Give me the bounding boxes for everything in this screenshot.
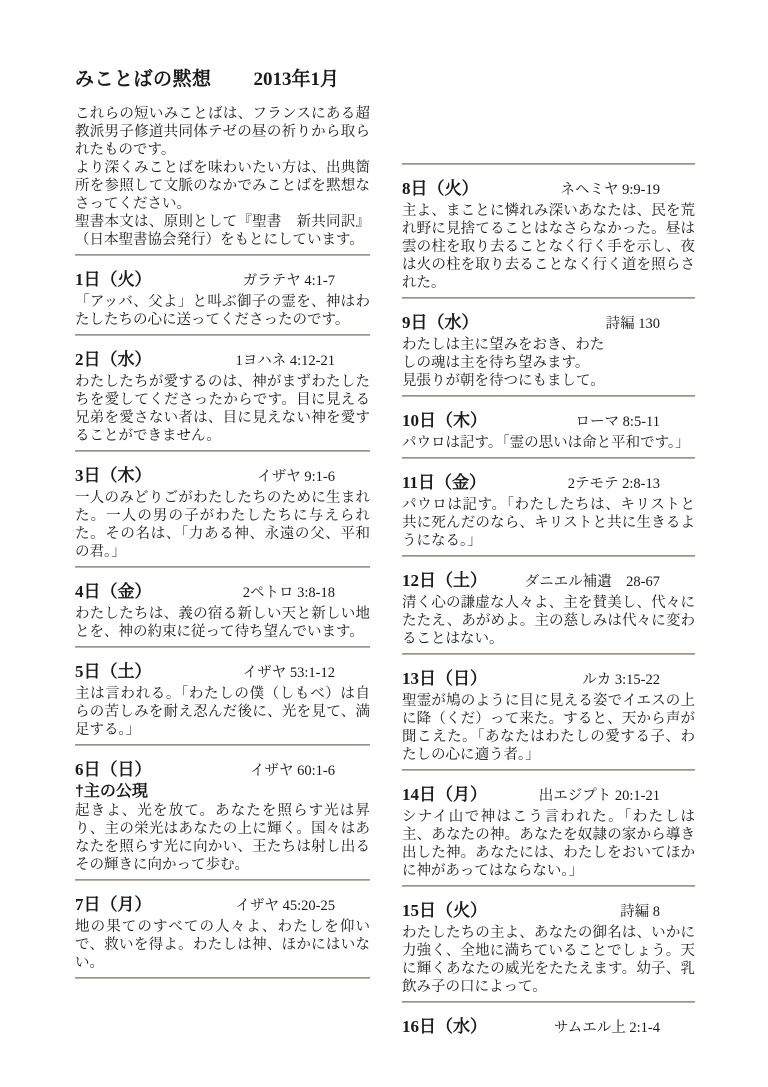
entry-divider-rule [75,646,370,648]
entry-reference: ローマ 8:5-11 [487,412,695,433]
entry-header: 7日（月） イザヤ 45:20-25 [75,894,370,917]
entry-day: 13日（日） [402,668,487,689]
entry-reference: ガラテヤ 4:1-7 [152,271,371,292]
entry-body: わたしたちが愛するのは、神がまずわたしたちを愛してくださったからです。目に見える… [75,373,370,445]
meditation-entry: 14日（月） 出エジプト 20:1-21 シナイ山で神はこう言われた。「わたしは… [402,784,695,887]
entry-reference: 出エジプト 20:1-21 [487,786,695,807]
entry-divider-rule [402,1001,695,1003]
title-date: 2013年1月 [254,69,340,90]
entry-day: 7日（月） [75,894,152,915]
entry-reference: イザヤ 9:1-6 [152,467,371,488]
entry-divider-rule [402,555,695,557]
document-page: みことばの黙想2013年1月 これらの短いみことばは、フランスにある超教派男子修… [0,0,768,1087]
entry-header: 13日（日） ルカ 3:15-22 [402,668,695,691]
entry-body: 「アッバ、父よ」と叫ぶ御子の霊を、神はわたしたちの心に送ってくださったのです。 [75,293,370,329]
entry-body: わたしたちは、義の宿る新しい天と新しい地とを、神の約束に従って待ち望んでいます。 [75,605,370,641]
entry-header: 12日（土） ダニエル補遺 28-67 [402,570,695,593]
entry-reference: 詩編 8 [487,902,695,923]
meditation-entry: 1日（火） ガラテヤ 4:1-7 「アッバ、父よ」と叫ぶ御子の霊を、神はわたした… [75,269,370,336]
intro-paragraph: 聖書本文は、原則として『聖書 新共同訳』（日本聖書協会発行）をもとにしています。 [75,213,370,249]
entry-divider-rule [75,744,370,746]
entry-header: 4日（金） 2ペトロ 3:8-18 [75,581,370,604]
entry-reference: イザヤ 60:1-6 [152,761,371,782]
entry-divider-rule [75,879,370,881]
meditation-entry: 8日（火） ネヘミヤ 9:9-19 主よ、まことに憐れみ深いあなたは、民を荒れ野… [402,178,695,299]
entry-body: パウロは記す。「霊の思いは命と平和です。」 [402,434,695,452]
entry-reference: サムエル上 2:1-4 [487,1018,695,1039]
entry-body: パウロは記す。「わたしたちは、キリストと共に死んだのなら、キリストと共に生きるよ… [402,496,695,550]
entry-day: 3日（木） [75,465,152,486]
entry-reference: 2ペトロ 3:8-18 [152,583,371,604]
title-text: みことばの黙想 [75,69,212,90]
meditation-entry: 3日（木） イザヤ 9:1-6 一人のみどりごがわたしたちのために生まれた。一人… [75,465,370,568]
entry-reference: イザヤ 45:20-25 [152,896,371,917]
meditation-entry: 9日（水） 詩編 130 わたしは主に望みをおき、わた しの魂は主を待ち望みます… [402,312,695,397]
entry-day: 2日（水） [75,349,152,370]
page-title: みことばの黙想2013年1月 [75,68,370,93]
entry-divider-rule [402,457,695,459]
entry-reference: ルカ 3:15-22 [487,670,695,691]
column-top-spacer [402,68,695,158]
entry-body: シナイ山で神はこう言われた。「わたしは主、あなたの神。あなたを奴隷の家から導き出… [402,808,695,880]
entry-reference: 1ヨハネ 4:12-21 [152,351,371,372]
column-top-rule [402,163,695,165]
entry-header: 2日（水） 1ヨハネ 4:12-21 [75,349,370,372]
meditation-entry: 11日（金） 2テモテ 2:8-13 パウロは記す。「わたしたちは、キリストと共… [402,472,695,557]
entry-reference: 2テモテ 2:8-13 [486,474,695,495]
meditation-entry: 10日（木） ローマ 8:5-11 パウロは記す。「霊の思いは命と平和です。」 [402,410,695,459]
entry-body: 起きよ、光を放て。あなたを照らす光は昇り、主の栄光はあなたの上に輝く。国々はあな… [75,802,370,874]
entry-day: 8日（火） [402,178,479,199]
entry-day: 6日（日） [75,759,152,780]
entry-divider-rule [402,297,695,299]
entry-divider-rule [75,334,370,336]
entry-reference: 詩編 130 [479,314,696,335]
meditation-entry: 15日（火） 詩編 8 わたしたちの主よ、あなたの御名は、いかに力強く、全地に満… [402,900,695,1003]
entry-divider-rule [402,769,695,771]
entry-header: 15日（火） 詩編 8 [402,900,695,923]
intro-paragraph: より深くみことばを味わいたい方は、出典箇所を参照して文脈のなかでみことばを黙想な… [75,159,370,213]
entry-day: 5日（土） [75,661,152,682]
meditation-entry: 12日（土） ダニエル補遺 28-67 清く心の謙虚な人々よ、主を賛美し、代々に… [402,570,695,655]
entry-day: 14日（月） [402,784,487,805]
entry-day: 9日（水） [402,312,479,333]
entry-day: 15日（火） [402,900,487,921]
entry-body: 聖霊が鳩のように目に見える姿でイエスの上に降（くだ）って来た。すると、天から声が… [402,692,695,764]
entry-divider-rule [402,395,695,397]
right-column: 8日（火） ネヘミヤ 9:9-19 主よ、まことに憐れみ深いあなたは、民を荒れ野… [402,68,695,1087]
entry-divider-rule [402,885,695,887]
entry-body: 主は言われる。「わたしの僕（しもべ）は自らの苦しみを耐え忍んだ後に、光を見て、満… [75,685,370,739]
left-column: みことばの黙想2013年1月 これらの短いみことばは、フランスにある超教派男子修… [75,68,370,1087]
entry-feast-subtitle: †主の公現 [75,782,370,801]
meditation-entry: 13日（日） ルカ 3:15-22 聖霊が鳩のように目に見える姿でイエスの上に降… [402,668,695,771]
meditation-entry: 6日（日） イザヤ 60:1-6 †主の公現 起きよ、光を放て。あなたを照らす光… [75,759,370,881]
entry-body: わたしは主に望みをおき、わた しの魂は主を待ち望みます。 見張りが朝を待つにもま… [402,336,695,390]
entry-divider-rule [75,566,370,568]
entry-divider-rule [75,450,370,452]
intro-divider-rule [75,254,370,256]
entry-header: 8日（火） ネヘミヤ 9:9-19 [402,178,695,201]
entry-body: わたしたちの主よ、あなたの御名は、いかに力強く、全地に満ちていることでしょう。天… [402,924,695,996]
entry-day: 11日（金） [402,472,486,493]
entry-reference: イザヤ 53:1-12 [152,663,371,684]
entry-day: 1日（火） [75,269,152,290]
entry-day: 10日（木） [402,410,487,431]
entry-day: 16日（水） [402,1016,487,1037]
entry-header: 11日（金） 2テモテ 2:8-13 [402,472,695,495]
entry-body: 清く心の謙虚な人々よ、主を賛美し、代々にたたえ、あがめよ。主の慈しみは代々に変わ… [402,594,695,648]
meditation-entry: 2日（水） 1ヨハネ 4:12-21 わたしたちが愛するのは、神がまずわたしたち… [75,349,370,452]
entry-header: 9日（水） 詩編 130 [402,312,695,335]
entry-body: 主よ、まことに憐れみ深いあなたは、民を荒れ野に見捨てることはなさらなかった。昼は… [402,202,695,292]
intro-paragraph: これらの短いみことばは、フランスにある超教派男子修道共同体テゼの昼の祈りから取ら… [75,105,370,159]
entry-body: 地の果てのすべての人々よ、わたしを仰いで、救いを得よ。わたしは神、ほかにはいない… [75,918,370,972]
entry-reference: ネヘミヤ 9:9-19 [479,180,696,201]
meditation-entry: 4日（金） 2ペトロ 3:8-18 わたしたちは、義の宿る新しい天と新しい地とを… [75,581,370,648]
entry-day: 12日（土） [402,570,487,591]
meditation-entry: 16日（水） サムエル上 2:1-4 [402,1016,695,1039]
entry-header: 3日（木） イザヤ 9:1-6 [75,465,370,488]
meditation-entry: 5日（土） イザヤ 53:1-12 主は言われる。「わたしの僕（しもべ）は自らの… [75,661,370,746]
entry-body: 一人のみどりごがわたしたちのために生まれた。一人の男の子がわたしたちに与えられた… [75,489,370,561]
meditation-entry: 7日（月） イザヤ 45:20-25 地の果てのすべての人々よ、わたしを仰いで、… [75,894,370,979]
entry-header: 16日（水） サムエル上 2:1-4 [402,1016,695,1039]
entry-divider-rule [75,977,370,979]
entry-header: 14日（月） 出エジプト 20:1-21 [402,784,695,807]
entry-header: 5日（土） イザヤ 53:1-12 [75,661,370,684]
intro-section: これらの短いみことばは、フランスにある超教派男子修道共同体テゼの昼の祈りから取ら… [75,105,370,249]
entry-header: 10日（木） ローマ 8:5-11 [402,410,695,433]
entry-reference: ダニエル補遺 28-67 [487,572,695,593]
entry-divider-rule [402,653,695,655]
entry-header: 6日（日） イザヤ 60:1-6 [75,759,370,782]
entry-day: 4日（金） [75,581,152,602]
entry-header: 1日（火） ガラテヤ 4:1-7 [75,269,370,292]
